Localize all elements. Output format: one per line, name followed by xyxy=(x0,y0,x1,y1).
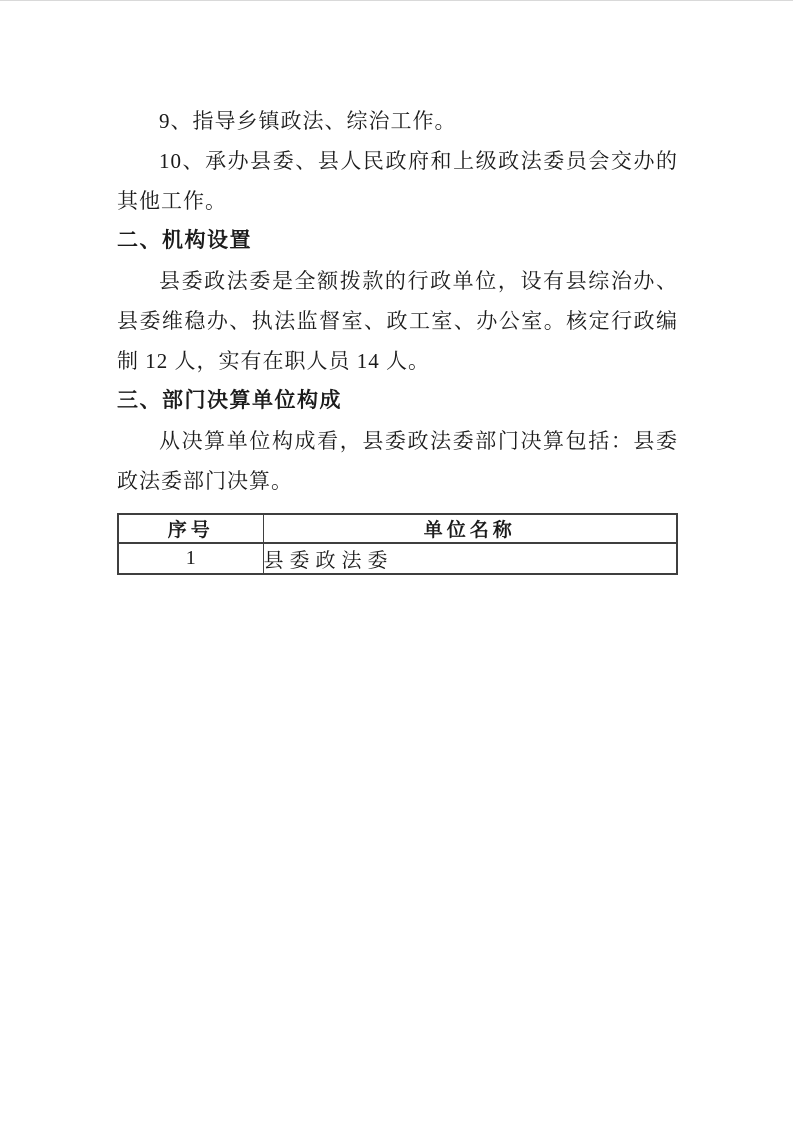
numbered-item-10: 10、承办县委、县人民政府和上级政法委员会交办的其他工作。 xyxy=(117,141,678,221)
table-header-row: 序号 单位名称 xyxy=(118,514,677,543)
section-heading-organization-setup: 二、机构设置 xyxy=(117,221,678,261)
table-header-index: 序号 xyxy=(118,514,263,543)
cell-unit-name: 县委政法委 xyxy=(263,543,677,574)
section-heading-budget-unit-composition: 三、部门决算单位构成 xyxy=(117,381,678,421)
section-body-organization-setup: 县委政法委是全额拨款的行政单位，设有县综治办、县委维稳办、执法监督室、政工室、办… xyxy=(117,261,678,381)
document-page: 9、指导乡镇政法、综治工作。 10、承办县委、县人民政府和上级政法委员会交办的其… xyxy=(0,0,793,1122)
budget-units-table: 序号 单位名称 1 县委政法委 xyxy=(117,513,678,575)
section-body-budget-unit-composition: 从决算单位构成看，县委政法委部门决算包括：县委政法委部门决算。 xyxy=(117,421,678,501)
cell-row-index: 1 xyxy=(118,543,263,574)
numbered-item-9: 9、指导乡镇政法、综治工作。 xyxy=(117,101,678,141)
table-row: 1 县委政法委 xyxy=(118,543,677,574)
table-header-unit-name: 单位名称 xyxy=(263,514,677,543)
